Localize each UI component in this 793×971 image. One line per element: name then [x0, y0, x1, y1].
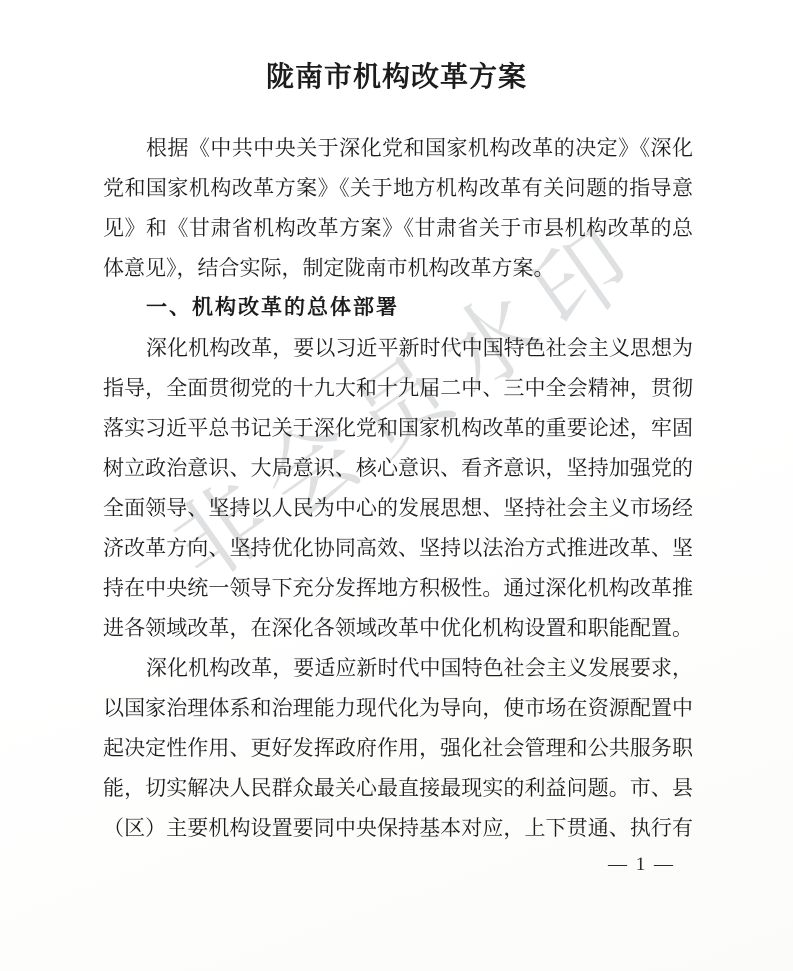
text-line: 以国家治理体系和治理能力现代化为导向，使市场在资源配置中 [103, 688, 693, 728]
text-line: 能，切实解决人民群众最关心最直接最现实的利益问题。市、县 [103, 768, 693, 808]
text-line: 起决定性作用、更好发挥政府作用，强化社会管理和公共服务职 [103, 728, 693, 768]
text-line: 见》和《甘肃省机构改革方案》《甘肃省关于市县机构改革的总 [103, 208, 693, 248]
text-line: 深化机构改革，要适应新时代中国特色社会主义发展要求， [103, 648, 693, 688]
text-line: 党和国家机构改革方案》《关于地方机构改革有关问题的指导意 [103, 168, 693, 208]
text-line: 体意见》，结合实际，制定陇南市机构改革方案。 [103, 248, 693, 288]
text-line: 根据《中共中央关于深化党和国家机构改革的决定》《深化 [103, 128, 693, 168]
section-heading: 一、机构改革的总体部署 [103, 288, 693, 328]
text-line: 深化机构改革，要以习近平新时代中国特色社会主义思想为 [103, 328, 693, 368]
text-line: 落实习近平总书记关于深化党和国家机构改革的重要论述，牢固 [103, 408, 693, 448]
text-line: 济改革方向、坚持优化协同高效、坚持以法治方式推进改革、坚 [103, 528, 693, 568]
text-line: 树立政治意识、大局意识、核心意识、看齐意识，坚持加强党的 [103, 448, 693, 488]
text-line: 全面领导、坚持以人民为中心的发展思想、坚持社会主义市场经 [103, 488, 693, 528]
page-number: — 1 — [608, 851, 675, 879]
text-line: （区）主要机构设置要同中央保持基本对应，上下贯通、执行有 [103, 808, 693, 848]
text-line: 进各领域改革，在深化各领域改革中优化机构设置和职能配置。 [103, 608, 693, 648]
text-line: 持在中央统一领导下充分发挥地方积极性。通过深化机构改革推 [103, 568, 693, 608]
text-line: 指导，全面贯彻党的十九大和十九届二中、三中全会精神，贯彻 [103, 368, 693, 408]
document-body: 根据《中共中央关于深化党和国家机构改革的决定》《深化党和国家机构改革方案》《关于… [103, 128, 693, 848]
document-title: 陇南市机构改革方案 [0, 56, 793, 100]
document-page: 非会员水印 陇南市机构改革方案 根据《中共中央关于深化党和国家机构改革的决定》《… [0, 0, 793, 971]
